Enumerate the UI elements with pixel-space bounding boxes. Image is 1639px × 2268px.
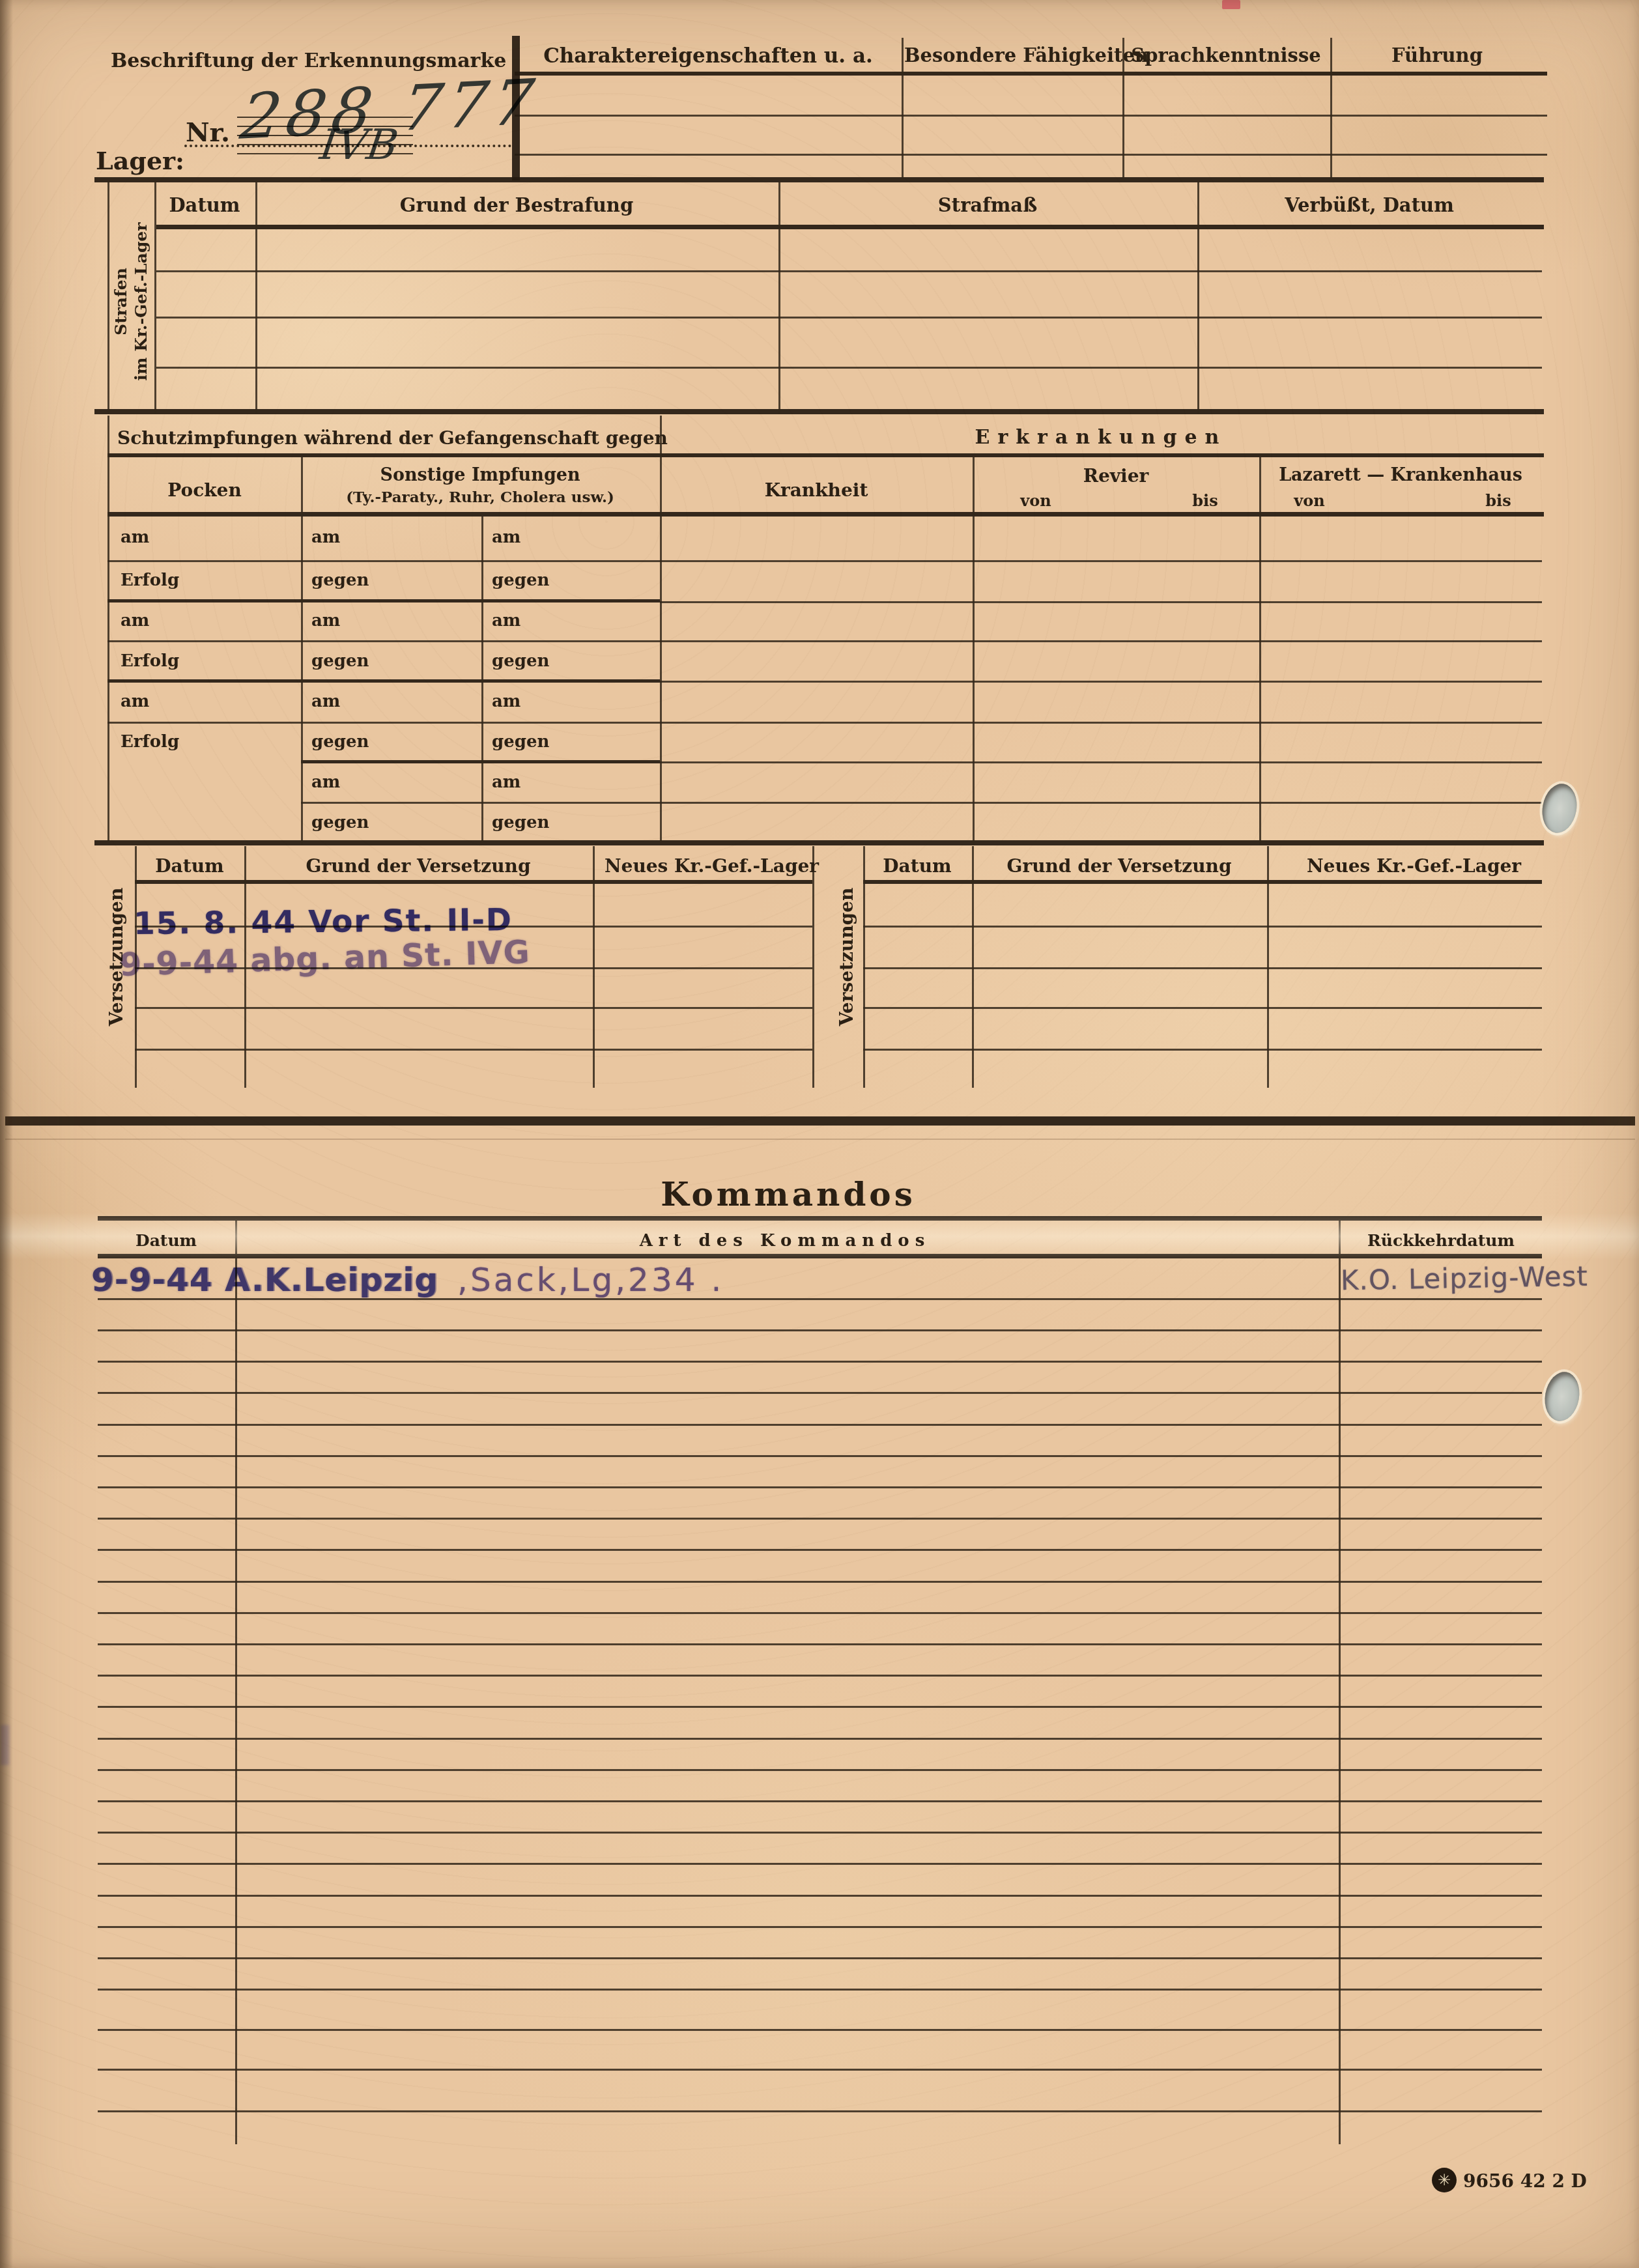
punch-hole-top <box>1539 781 1580 836</box>
rule-horizontal <box>98 1643 1542 1645</box>
rule-horizontal <box>98 2069 1542 2071</box>
strafen-col-grund: Grund der Bestrafung <box>354 194 679 216</box>
rule-vertical <box>107 416 109 842</box>
versetz-right-col-datum: Datum <box>868 855 966 877</box>
col-fuehrung: Führung <box>1333 44 1541 66</box>
strafen-side-label-line1: Strafen <box>111 194 131 409</box>
lager-label: Lager: <box>96 146 184 175</box>
rule-horizontal <box>107 599 660 602</box>
rule-vertical <box>255 181 257 414</box>
col-charaktereigenschaften: Charaktereigenschaften u. a. <box>526 44 891 68</box>
impf-cell: gegen <box>311 813 369 832</box>
kommando-entry-text: ,Sack,Lg,234 . <box>457 1261 724 1299</box>
rule-horizontal <box>660 640 1542 642</box>
impf-cell: gegen <box>492 571 549 590</box>
rule-vertical <box>593 846 595 1088</box>
rule-vertical <box>107 181 109 414</box>
rule-horizontal <box>98 1254 1542 1258</box>
rule-vertical <box>481 517 483 842</box>
impf-cell: gegen <box>311 651 369 671</box>
id-box-title: Beschriftung der Erkennungsmarke <box>111 50 495 72</box>
rule-vertical <box>1259 457 1261 845</box>
versetz-right-col-neues: Neues Kr.-Gef.-Lager <box>1307 855 1502 877</box>
rule-horizontal <box>660 601 1542 603</box>
rule-horizontal <box>98 1549 1542 1551</box>
rule-horizontal <box>98 1832 1542 1834</box>
kommandos-col-rueckkehr: Rückkehrdatum <box>1343 1231 1539 1250</box>
rule-horizontal <box>98 1769 1542 1771</box>
rule-horizontal <box>660 802 1542 804</box>
rule-horizontal <box>660 761 1542 763</box>
col-revier: Revier <box>1018 465 1214 487</box>
rule-horizontal <box>863 926 1542 928</box>
rule-horizontal <box>98 1424 1542 1426</box>
impf-cell: am <box>311 528 340 547</box>
pocken-cell: Erfolg <box>121 732 179 752</box>
impf-cell: gegen <box>311 571 369 590</box>
rule-horizontal <box>98 2029 1542 2031</box>
impf-cell: am <box>311 692 340 711</box>
lazarett-von: von <box>1277 491 1342 510</box>
rule-horizontal <box>98 1895 1542 1897</box>
rule-vertical <box>1339 1219 1341 2144</box>
pow-record-card-back: Beschriftung der Erkennungsmarke Nr. 288… <box>0 0 1639 2268</box>
rule-horizontal <box>135 1049 812 1051</box>
rule-horizontal <box>107 679 660 683</box>
rule-vertical <box>1267 846 1269 1088</box>
col-sprachkenntnisse: Sprachkenntnisse <box>1125 44 1327 66</box>
versetz-left-col-neues: Neues Kr.-Gef.-Lager <box>605 855 800 877</box>
kommandos-col-datum: Datum <box>117 1231 215 1250</box>
rule-vertical <box>1197 181 1199 414</box>
erkrankungen-header: Erkrankungen <box>666 426 1535 449</box>
impf-cell: am <box>492 528 520 547</box>
rule-vertical <box>660 416 662 842</box>
rule-horizontal <box>156 270 1542 272</box>
rule-vertical <box>812 846 814 1088</box>
rule-vertical <box>1330 38 1332 178</box>
rule-horizontal <box>94 840 1544 845</box>
pocken-cell: am <box>121 692 149 711</box>
impf-cell: am <box>492 692 520 711</box>
strafen-col-datum: Datum <box>156 194 253 216</box>
rule-horizontal <box>107 722 660 724</box>
impf-cell: gegen <box>492 813 549 832</box>
rule-horizontal <box>98 1926 1542 1928</box>
rule-horizontal <box>301 760 660 763</box>
rule-vertical <box>973 457 975 845</box>
revier-von: von <box>1003 491 1068 510</box>
col-sonstige-line2: (Ty.-Paraty., Ruhr, Cholera usw.) <box>317 489 643 506</box>
printer-mark-icon: ✳ <box>1432 2168 1457 2192</box>
rule-horizontal <box>301 802 660 804</box>
lazarett-bis: bis <box>1466 491 1531 510</box>
rule-horizontal <box>863 1049 1542 1051</box>
col-lazarett: Lazarett — Krankenhaus <box>1270 465 1531 485</box>
rule-horizontal <box>107 640 660 642</box>
versetzungen-side-label-right: Versetzungen <box>836 847 857 1067</box>
rule-horizontal <box>98 1216 1542 1221</box>
punch-hole-bottom <box>1541 1369 1583 1424</box>
kommando-entry-rueckkehr: K.O. Leipzig-West <box>1341 1260 1589 1297</box>
rule-horizontal <box>660 722 1542 724</box>
strafen-side-label-line2: im Kr.-Gef.-Lager <box>131 194 151 409</box>
rule-horizontal <box>863 1007 1542 1009</box>
impf-cell: am <box>311 773 340 792</box>
versetz-right-col-grund: Grund der Versetzung <box>989 855 1249 877</box>
versetz-left-col-grund: Grund der Versetzung <box>288 855 549 877</box>
rule-horizontal <box>98 1989 1542 1991</box>
id-number-label: Nr. <box>186 117 230 148</box>
rule-horizontal <box>98 1738 1542 1740</box>
impfungen-header: Schutzimpfungen während der Gefangenscha… <box>117 427 651 449</box>
kommandos-title: Kommandos <box>625 1175 951 1213</box>
rule-horizontal <box>156 225 1544 229</box>
impf-cell: gegen <box>492 732 549 752</box>
rule-horizontal <box>98 1581 1542 1583</box>
kommando-entry-datum-stamp: 9-9-44 A.K.Leipzig <box>91 1261 438 1299</box>
impf-cell: am <box>311 611 340 631</box>
rule-horizontal <box>98 1392 1542 1394</box>
rule-horizontal <box>98 2110 1542 2112</box>
impf-cell: gegen <box>492 651 549 671</box>
rule-horizontal <box>5 1139 1635 1140</box>
strafen-side-label: Strafen im Kr.-Gef.-Lager <box>111 194 151 409</box>
rule-horizontal <box>107 512 1544 517</box>
rule-horizontal <box>98 1800 1542 1802</box>
col-krankheit: Krankheit <box>719 479 914 501</box>
rule-horizontal <box>660 560 1542 562</box>
col-sonstige-line1: Sonstige Impfungen <box>317 465 643 485</box>
rule-horizontal <box>98 1518 1542 1520</box>
footer-imprint: 9656 42 2 D <box>1463 2170 1587 2192</box>
rule-horizontal <box>98 1863 1542 1865</box>
rule-vertical <box>778 181 780 414</box>
rule-horizontal <box>515 115 1547 117</box>
rule-horizontal <box>660 681 1542 683</box>
rule-horizontal <box>156 317 1542 319</box>
rule-horizontal <box>98 1612 1542 1614</box>
rule-vertical <box>235 1219 237 2144</box>
rule-horizontal <box>107 560 660 562</box>
rule-horizontal <box>515 72 1547 76</box>
rule-horizontal <box>135 1007 812 1009</box>
impf-cell: am <box>492 773 520 792</box>
rule-horizontal <box>98 1455 1542 1457</box>
rule-horizontal <box>98 1675 1542 1677</box>
rule-horizontal <box>98 1329 1542 1331</box>
impf-cell: am <box>492 611 520 631</box>
rule-vertical <box>863 846 865 1088</box>
pocken-cell: am <box>121 611 149 631</box>
rule-horizontal <box>98 1361 1542 1363</box>
col-pocken: Pocken <box>156 479 253 501</box>
rule-horizontal <box>135 880 812 884</box>
rule-horizontal <box>98 1706 1542 1708</box>
pocken-cell: am <box>121 528 149 547</box>
pocken-cell: Erfolg <box>121 651 179 671</box>
lager-value: IVB <box>317 121 401 169</box>
rule-vertical <box>902 38 904 178</box>
rule-horizontal <box>156 367 1542 369</box>
rule-horizontal <box>94 177 1544 182</box>
ink-smudge-left-edge <box>0 1725 9 1765</box>
rule-horizontal <box>863 880 1542 884</box>
rule-horizontal <box>863 967 1542 969</box>
rule-horizontal <box>515 154 1547 156</box>
strafen-col-verbuesst: Verbüßt, Datum <box>1272 194 1467 216</box>
impf-cell: gegen <box>311 732 369 752</box>
rule-vertical <box>972 846 974 1088</box>
rule-horizontal <box>98 1486 1542 1488</box>
pocken-cell: Erfolg <box>121 571 179 590</box>
rule-vertical <box>301 457 303 845</box>
rule-horizontal <box>94 409 1544 414</box>
versetz-left-col-datum: Datum <box>141 855 238 877</box>
strafen-col-strafmass: Strafmaß <box>890 194 1085 216</box>
rule-horizontal <box>107 453 1544 457</box>
rule-horizontal <box>98 1957 1542 1959</box>
rule-horizontal <box>5 1116 1635 1126</box>
kommandos-col-art: Art des Kommandos <box>590 1231 980 1251</box>
col-besondere-faehigkeiten: Besondere Fähigkeiten <box>904 44 1119 66</box>
red-edge-mark <box>1222 0 1240 9</box>
revier-bis: bis <box>1173 491 1238 510</box>
